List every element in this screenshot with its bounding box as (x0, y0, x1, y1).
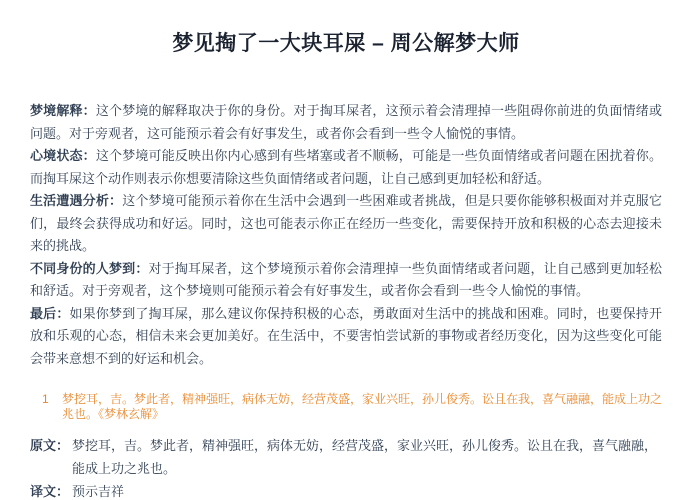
article-content: 梦境解释：这个梦境的解释取决于你的身份。对于掏耳屎者，这预示着会清理掉一些阻碍你… (0, 100, 692, 500)
paragraph-label: 生活遭遇分析： (30, 193, 122, 208)
paragraph-mood-state: 心境状态：这个梦境可能反映出你内心感到有些堵塞或者不顺畅，可能是一些负面情绪或者… (30, 145, 662, 190)
source-original-text: 梦挖耳，吉。梦此者，精神强旺，病体无妨，经营茂盛，家业兴旺，孙儿俊秀。讼且在我，… (72, 435, 662, 480)
footnote-marker: 1 (30, 392, 62, 422)
paragraph-final-advice: 最后：如果你梦到了掏耳屎，那么建议你保持积极的心态，勇敢面对生活中的挑战和困难。… (30, 303, 662, 371)
paragraph-text: 这个梦境的解释取决于你的身份。对于掏耳屎者，这预示着会清理掉一些阻碍你前进的负面… (30, 103, 662, 141)
paragraph-text: 如果你梦到了掏耳屎，那么建议你保持积极的心态，勇敢面对生活中的挑战和困难。同时，… (30, 306, 662, 366)
source-translation-row: 译文： 预示吉祥 (30, 481, 662, 500)
dream-interpretation-page: 梦见掏了一大块耳屎 – 周公解梦大师 梦境解释：这个梦境的解释取决于你的身份。对… (0, 0, 692, 500)
paragraph-text: 这个梦境可能预示着你在生活中会遇到一些困难或者挑战，但是只要你能够积极面对并克服… (30, 193, 662, 253)
paragraph-label: 不同身份的人梦到： (30, 261, 149, 276)
paragraph-label: 心境状态： (30, 148, 96, 163)
source-translation-text: 预示吉祥 (72, 481, 662, 500)
paragraph-label: 最后： (30, 306, 70, 321)
classical-source-block: 原文： 梦挖耳，吉。梦此者，精神强旺，病体无妨，经营茂盛，家业兴旺，孙儿俊秀。讼… (30, 435, 662, 500)
paragraph-life-analysis: 生活遭遇分析：这个梦境可能预示着你在生活中会遇到一些困难或者挑战，但是只要你能够… (30, 190, 662, 258)
page-title: 梦见掏了一大块耳屎 – 周公解梦大师 (0, 27, 692, 57)
footnote-citation: 1 梦挖耳，吉。梦此者，精神强旺，病体无妨，经营茂盛，家业兴旺，孙儿俊秀。讼且在… (30, 392, 662, 422)
paragraph-dream-explanation: 梦境解释：这个梦境的解释取决于你的身份。对于掏耳屎者，这预示着会清理掉一些阻碍你… (30, 100, 662, 145)
source-translation-label: 译文： (30, 481, 72, 500)
source-original-label: 原文： (30, 435, 72, 480)
paragraph-different-dreamers: 不同身份的人梦到：对于掏耳屎者，这个梦境预示着你会清理掉一些负面情绪或者问题，让… (30, 258, 662, 303)
footnote-text: 梦挖耳，吉。梦此者，精神强旺，病体无妨，经营茂盛，家业兴旺，孙儿俊秀。讼且在我，… (62, 392, 662, 422)
source-original-row: 原文： 梦挖耳，吉。梦此者，精神强旺，病体无妨，经营茂盛，家业兴旺，孙儿俊秀。讼… (30, 435, 662, 480)
paragraph-text: 这个梦境可能反映出你内心感到有些堵塞或者不顺畅，可能是一些负面情绪或者问题在困扰… (30, 148, 662, 186)
paragraph-label: 梦境解释： (30, 103, 96, 118)
